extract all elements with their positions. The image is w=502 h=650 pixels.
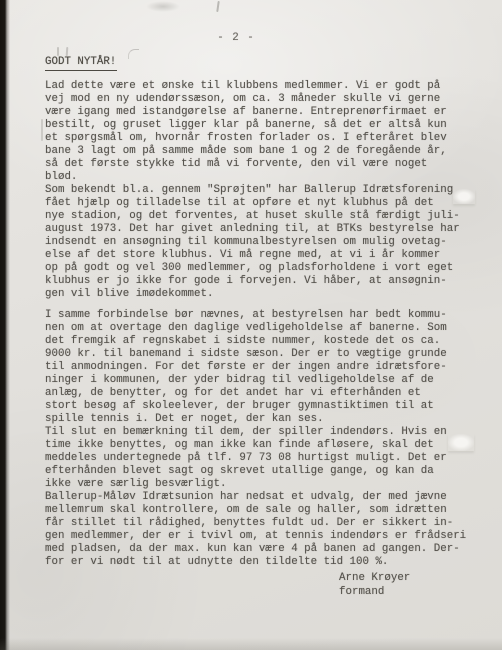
paragraph: I samme forbindelse bør nævnes, at besty… (45, 309, 495, 426)
scan-edge-shadow (0, 0, 10, 650)
document-heading: GODT NYTÅR! (45, 56, 117, 71)
paragraph: Som bekendt bl.a. gennem "Sprøjten" har … (45, 184, 495, 301)
document-body: Lad dette være et ønske til klubbens med… (45, 80, 495, 569)
heading-text: GODT NYTÅR! (45, 56, 117, 71)
paragraph: Til slut en bemærkning til dem, der spil… (45, 426, 495, 491)
pencil-arc-mark (128, 49, 139, 59)
scanned-document-page: - 2 - GODT NYTÅR! Lad dette være et ønsk… (0, 0, 502, 650)
smudge-mark (146, 1, 180, 12)
signature-title: formand (339, 586, 410, 600)
page-number: - 2 - (0, 32, 472, 44)
scan-bottom-shadow (0, 638, 502, 650)
pencil-tick (66, 47, 68, 56)
paragraph: Ballerup-Måløv Idrætsunion har nedsat et… (45, 491, 495, 569)
signature-name: Arne Krøyer (339, 572, 410, 586)
signature-block: Arne Krøyer formand (339, 572, 410, 599)
pencil-mark (216, 1, 220, 12)
pencil-tick (57, 47, 59, 56)
margin-pencil-mark (41, 119, 43, 141)
paragraph: Lad dette være et ønske til klubbens med… (45, 80, 495, 184)
